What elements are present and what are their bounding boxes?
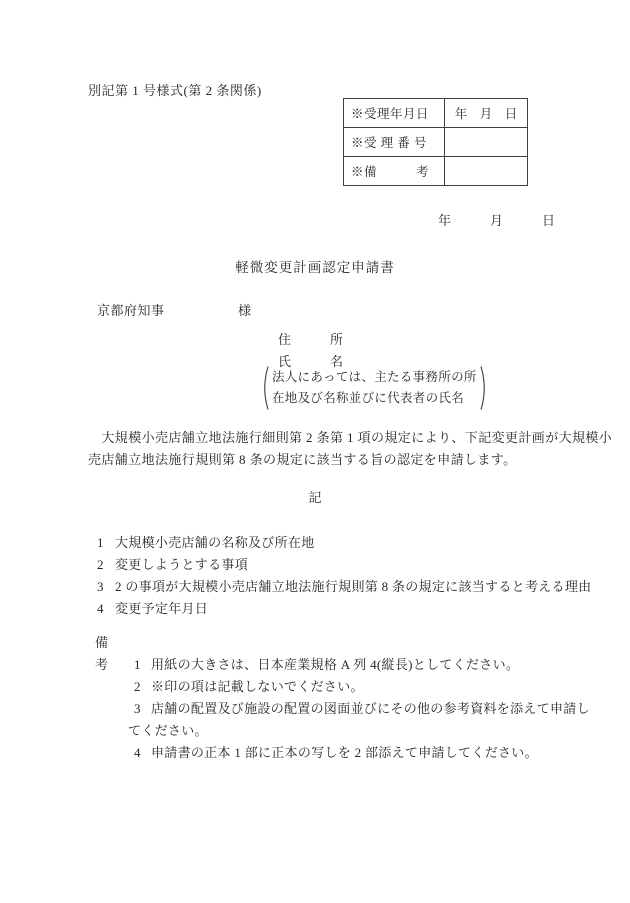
- list-item-text: 変更しようとする事項: [115, 557, 248, 572]
- reception-date-value: 年 月 日: [445, 99, 528, 128]
- reception-table: ※受理年月日 年 月 日 ※受 理 番 号 ※備 考: [343, 98, 528, 186]
- addressee-honorific: 様: [238, 300, 251, 319]
- body-line: 売店舗立地法施行規則第 8 条の規定に該当する旨の認定を申請します。: [88, 449, 612, 471]
- corporate-note-line2: 在地及び名称並びに代表者の氏名: [272, 388, 477, 409]
- corporate-note: 法人にあっては、主たる事務所の所 在地及び名称並びに代表者の氏名: [260, 365, 489, 411]
- list-item-text: 変更予定年月日: [115, 601, 208, 616]
- open-paren-icon: [260, 365, 269, 411]
- remarks-label: 備考: [95, 632, 134, 676]
- list-item-number: 2: [97, 554, 115, 576]
- reception-number-label: ※受 理 番 号: [344, 128, 445, 157]
- reception-remarks-label: ※備 考: [344, 157, 445, 186]
- list-item: 1大規模小売店舗の名称及び所在地: [97, 532, 591, 554]
- remarks-item-text: ※印の項は記載しないでください。: [151, 679, 364, 694]
- page-title: 軽微変更計画認定申請書: [0, 256, 630, 276]
- ki-heading: 記: [0, 487, 630, 506]
- body-line: 大規模小売店舗立地法施行細則第 2 条第 1 項の規定により、下記変更計画が大規…: [88, 427, 612, 449]
- remarks-section: 備考1用紙の大きさは、日本産業規格 A 列 4(縦長)としてください。 2※印の…: [95, 632, 590, 764]
- reception-remarks-value: [445, 157, 528, 186]
- corporate-note-line1: 法人にあっては、主たる事務所の所: [272, 367, 477, 388]
- list-item-number: 1: [97, 532, 115, 554]
- table-row: ※受 理 番 号: [344, 128, 528, 157]
- application-form-page: 別記第 1 号様式(第 2 条関係) ※受理年月日 年 月 日 ※受 理 番 号…: [0, 0, 630, 903]
- remarks-item-continuation: てください。: [128, 720, 590, 742]
- list-item: 32 の事項が大規模小売店舗立地法施行規則第 8 条の規定に該当すると考える理由: [97, 576, 591, 598]
- table-row: ※受理年月日 年 月 日: [344, 99, 528, 128]
- body-paragraph: 大規模小売店舗立地法施行細則第 2 条第 1 項の規定により、下記変更計画が大規…: [88, 427, 612, 471]
- reception-number-value: [445, 128, 528, 157]
- remarks-item-text: 店舗の配置及び施設の配置の図面並びにその他の参考資料を添えて申請し: [151, 701, 590, 716]
- reception-date-label: ※受理年月日: [344, 99, 445, 128]
- close-paren-icon: [480, 365, 489, 411]
- remarks-item: 3店舗の配置及び施設の配置の図面並びにその他の参考資料を添えて申請し: [134, 698, 590, 720]
- item-list: 1大規模小売店舗の名称及び所在地 2変更しようとする事項 32 の事項が大規模小…: [97, 532, 591, 620]
- applicant-address-label: 住 所: [278, 329, 343, 348]
- remarks-item-number: 1: [134, 654, 151, 676]
- list-item-text: 大規模小売店舗の名称及び所在地: [115, 535, 315, 550]
- addressee-name: 京都府知事: [97, 300, 165, 319]
- list-item-text: 2 の事項が大規模小売店舗立地法施行規則第 8 条の規定に該当すると考える理由: [115, 579, 591, 594]
- list-item: 2変更しようとする事項: [97, 554, 591, 576]
- table-row: ※備 考: [344, 157, 528, 186]
- remarks-item: 2※印の項は記載しないでください。: [134, 676, 590, 698]
- list-item: 4変更予定年月日: [97, 598, 591, 620]
- form-reference: 別記第 1 号様式(第 2 条関係): [88, 80, 262, 99]
- remarks-item-text: 申請書の正本 1 部に正本の写しを 2 部添えて申請してください。: [151, 745, 538, 760]
- remarks-item-number: 2: [134, 676, 151, 698]
- application-date-line: 年 月 日: [438, 210, 555, 229]
- list-item-number: 3: [97, 576, 115, 598]
- remarks-item: 備考1用紙の大きさは、日本産業規格 A 列 4(縦長)としてください。: [95, 632, 590, 676]
- remarks-item-text: 用紙の大きさは、日本産業規格 A 列 4(縦長)としてください。: [151, 657, 519, 672]
- remarks-item-number: 3: [134, 698, 151, 720]
- remarks-item-number: 4: [134, 742, 151, 764]
- list-item-number: 4: [97, 598, 115, 620]
- remarks-item: 4申請書の正本 1 部に正本の写しを 2 部添えて申請してください。: [134, 742, 590, 764]
